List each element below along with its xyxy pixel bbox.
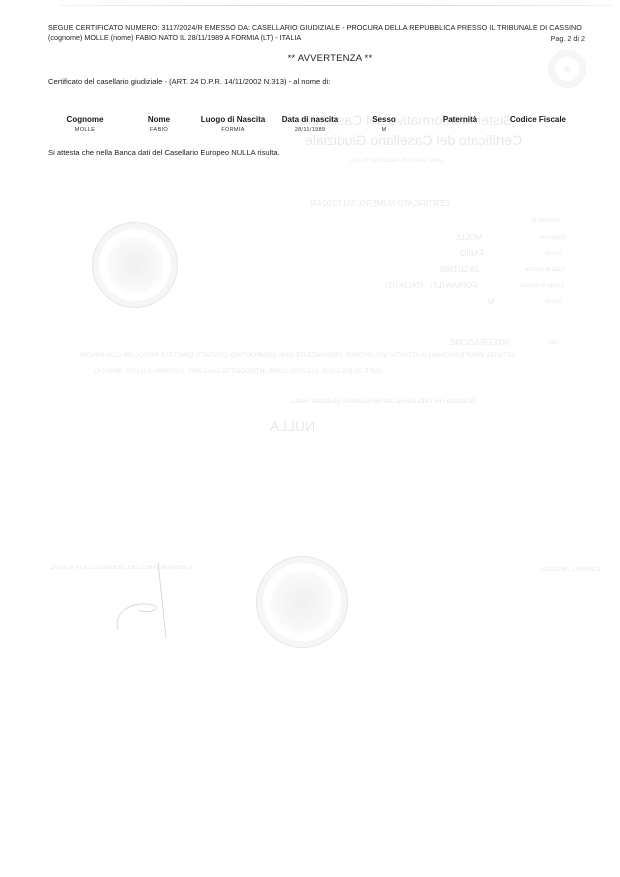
bleed-field-label: Nome xyxy=(545,251,561,257)
column-header: Data di nascita xyxy=(280,115,340,124)
signature-icon xyxy=(108,560,168,640)
scan-edge-line xyxy=(60,5,612,6)
column-paternita: Paternità xyxy=(436,115,484,127)
bleed-field-label: Luogo di nascita xyxy=(520,283,564,289)
column-luogo-nascita: Luogo di Nascita FORMIA xyxy=(198,115,268,133)
bleed-field-value: FABIO xyxy=(460,249,484,258)
bleed-stamp-icon xyxy=(256,556,348,648)
bleed-result-intro: Si attesta che nella Banca dati del case… xyxy=(290,398,475,405)
column-header: Sesso xyxy=(367,115,401,124)
bleed-usage-line: INTEGRAZIONE xyxy=(450,338,510,347)
certificate-page: Sistema Informativo del Casellario Certi… xyxy=(0,0,620,877)
bleed-field-value: M xyxy=(488,297,495,306)
column-sesso: Sesso M xyxy=(367,115,401,133)
column-value: FORMIA xyxy=(198,127,268,133)
column-value: FABIO xyxy=(142,127,176,133)
column-header: Codice Fiscale xyxy=(502,115,574,124)
bleed-field-label: Sesso xyxy=(545,299,562,305)
column-value: M xyxy=(367,127,401,133)
bleed-title-2: Certificato del Casellario Giudiziale xyxy=(305,132,522,148)
warning-title: ** AVVERTENZA ** xyxy=(0,53,620,64)
column-value: 28/11/1989 xyxy=(280,127,340,133)
bleed-usage-line: ATTIVITA' PROFESSIONALI O ATTIVITA' VOLO… xyxy=(80,352,515,359)
bleed-field-value: MOLLE xyxy=(455,233,482,242)
bleed-result: NULLA xyxy=(270,418,315,434)
bleed-seal-icon xyxy=(92,222,178,308)
attestation-text: Si attesta che nella Banca dati del Case… xyxy=(48,148,280,157)
bleed-field-value: FORMIA (LT) - ITALIA (IT) xyxy=(385,281,477,290)
bleed-usage-label: Uso xyxy=(548,340,559,346)
bleed-cert-number: CERTIFICATO NUMERO: 3117/2024/R xyxy=(310,199,450,208)
bleed-usage-line: (ART. 25 BIS D.P.R. 313/2002 COME INTROD… xyxy=(95,368,381,375)
column-header: Nome xyxy=(142,115,176,124)
bleed-field-label: Al nome di: xyxy=(530,218,560,224)
bleed-location-date: CASSINO, 28/11/2024 xyxy=(540,567,600,573)
column-codice-fiscale: Codice Fiscale xyxy=(502,115,574,127)
column-header: Cognome xyxy=(60,115,110,124)
column-cognome: Cognome MOLLE xyxy=(60,115,110,133)
column-header: Luogo di Nascita xyxy=(198,115,268,124)
bleed-field-value: 28/11/1989 xyxy=(440,265,479,274)
page-number: Pag. 2 di 2 xyxy=(551,34,585,43)
intro-text: Certificato del casellario giudiziale - … xyxy=(48,77,330,86)
column-nome: Nome FABIO xyxy=(142,115,176,133)
column-value: MOLLE xyxy=(60,127,110,133)
header-person-line: (cognome) MOLLE (nome) FABIO NATO IL 28/… xyxy=(48,33,301,42)
bleed-field-label: Data di nascita xyxy=(525,267,565,273)
bleed-field-label: Cognome xyxy=(540,235,566,241)
header-certificate-reference: SEGUE CERTIFICATO NUMERO: 3117/2024/R EM… xyxy=(48,23,582,32)
column-data-nascita: Data di nascita 28/11/1989 xyxy=(280,115,340,133)
column-header: Paternità xyxy=(436,115,484,124)
bleed-title-3: (ART. 24 D.P.R. 14/11/2002 N.313) xyxy=(350,158,443,164)
